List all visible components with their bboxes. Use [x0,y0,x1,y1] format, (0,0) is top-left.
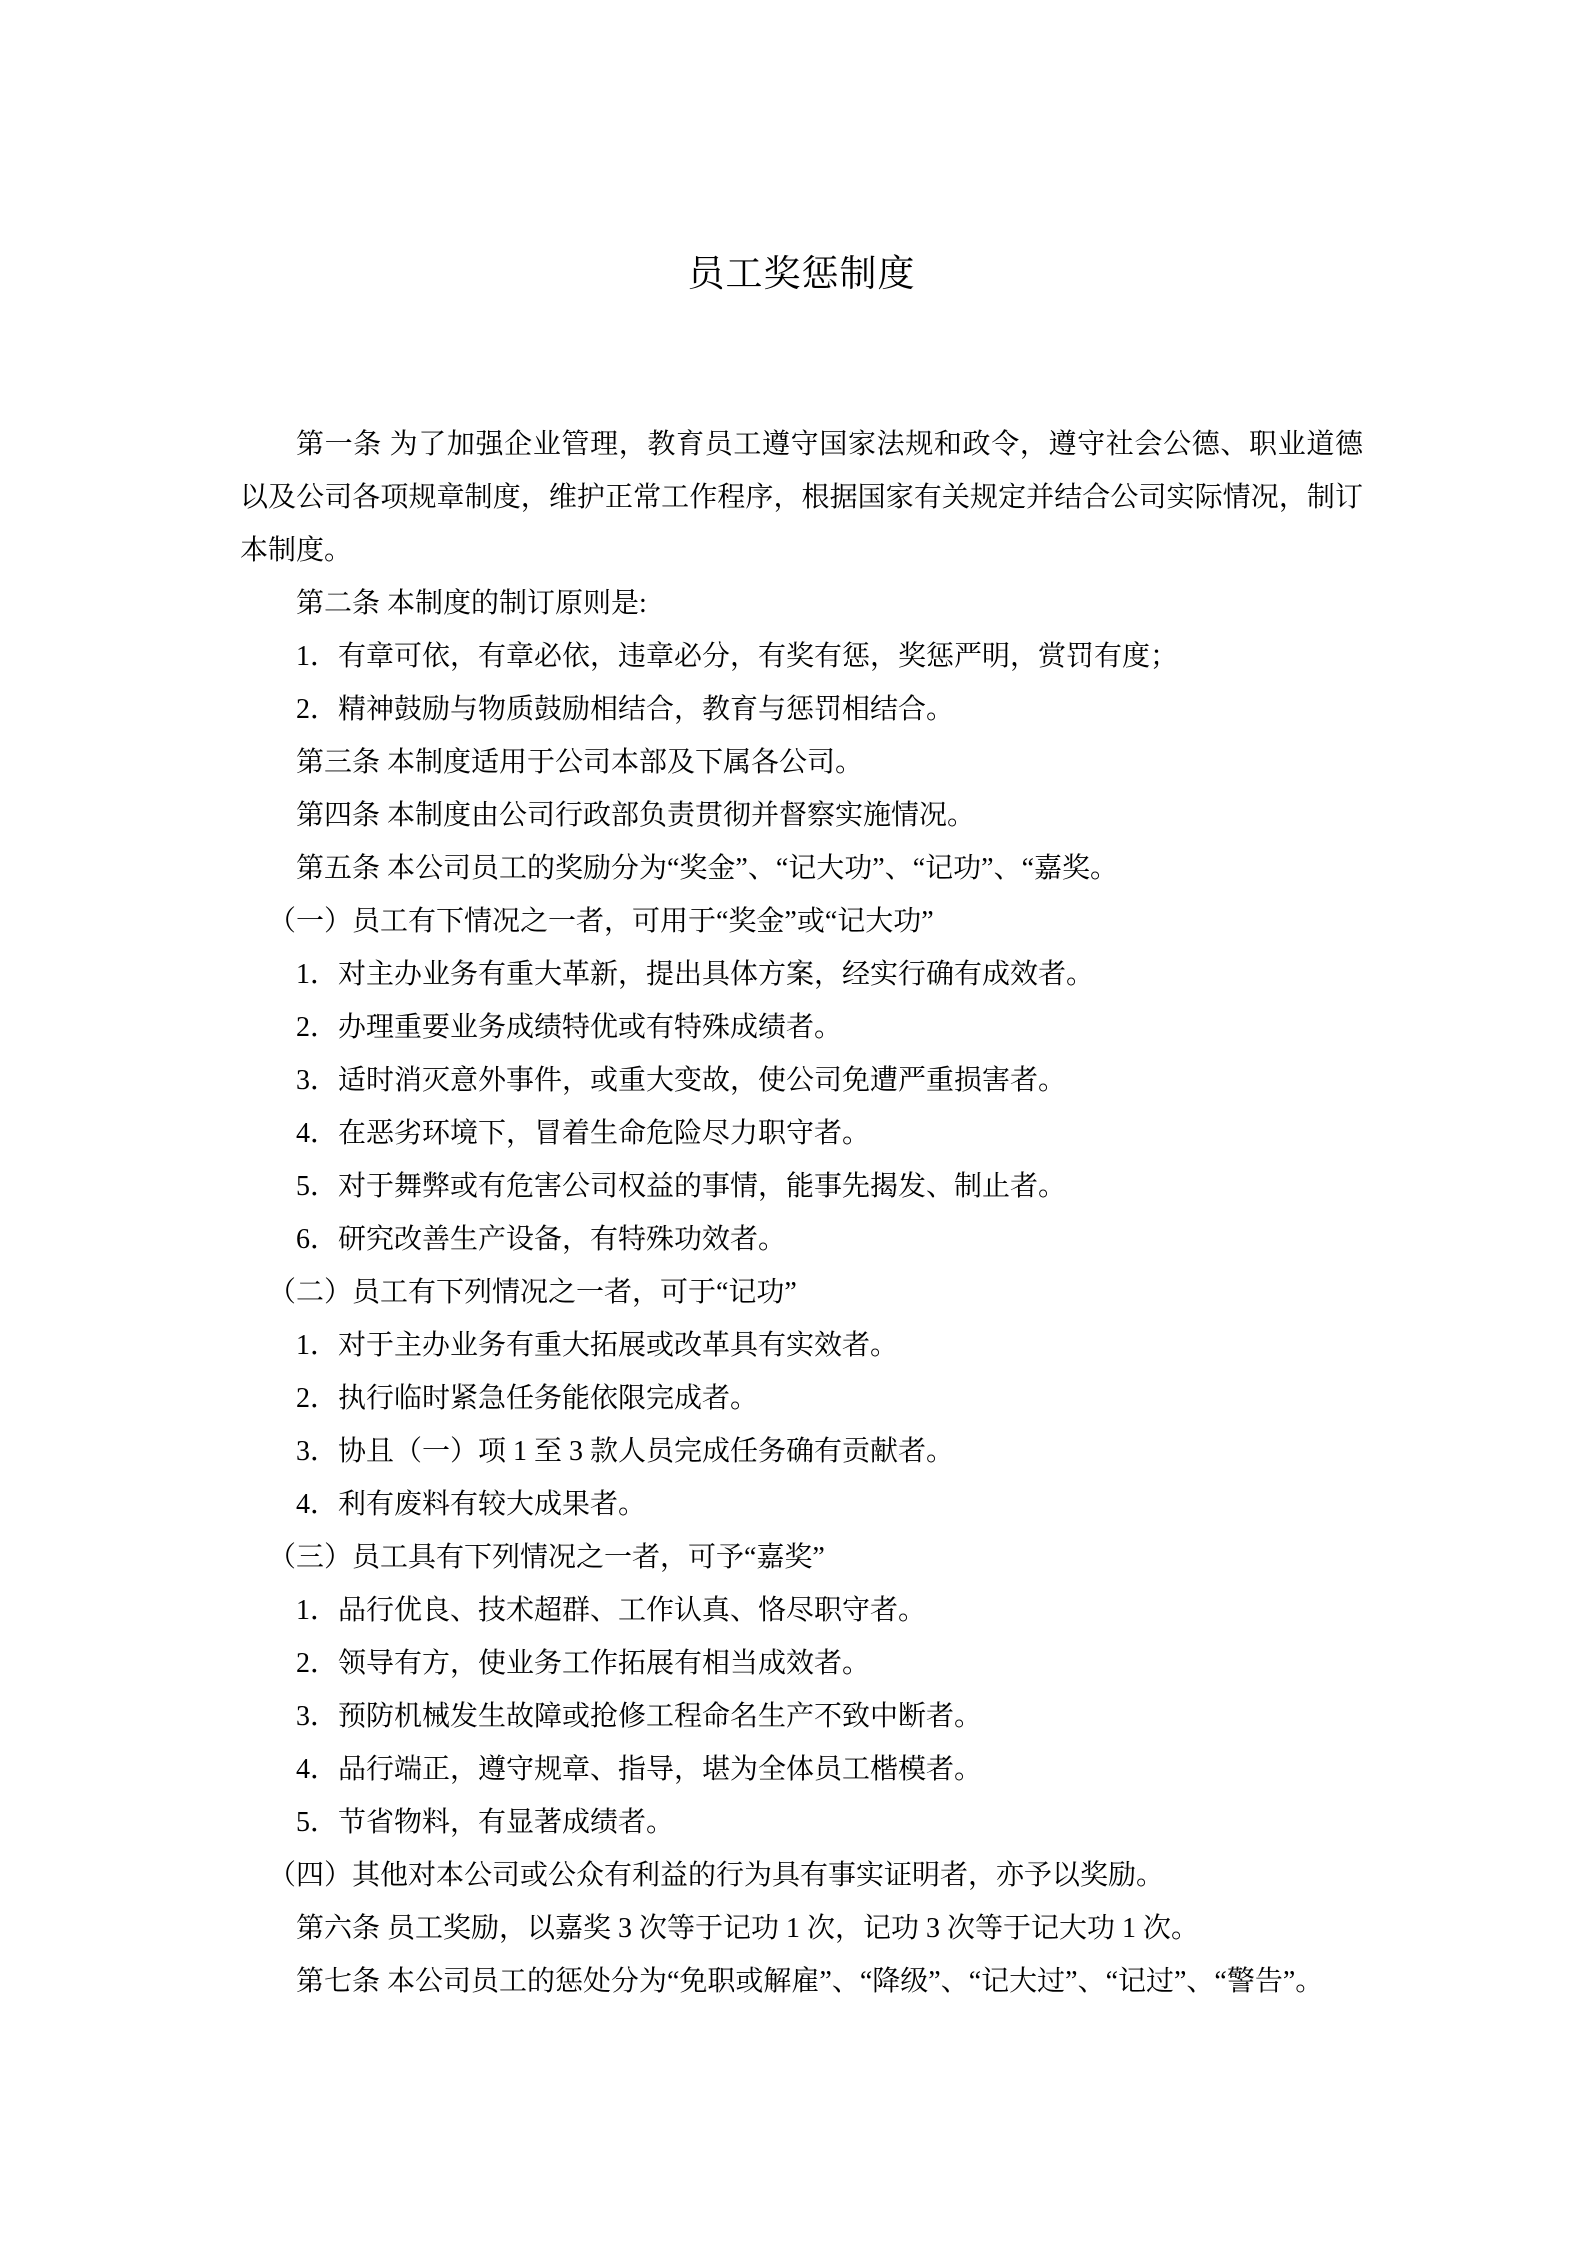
paragraph: 1．对主办业务有重大革新，提出具体方案，经实行确有成效者。 [240,948,1363,1001]
paragraph: （三）员工具有下列情况之一者，可予“嘉奖” [240,1531,1363,1584]
paragraph: 3．适时消灭意外事件，或重大变故，使公司免遭严重损害者。 [240,1054,1363,1107]
paragraph: 第七条 本公司员工的惩处分为“免职或解雇”、“降级”、“记大过”、“记过”、“警… [240,1955,1363,2008]
paragraph: 第二条 本制度的制订原则是: [240,577,1363,630]
paragraph: 2．执行临时紧急任务能依限完成者。 [240,1372,1363,1425]
document-page: 员工奖惩制度 第一条 为了加强企业管理，教育员工遵守国家法规和政令，遵守社会公德… [0,0,1587,2245]
paragraph: （一）员工有下情况之一者，可用于“奖金”或“记大功” [240,895,1363,948]
paragraph: 5．对于舞弊或有危害公司权益的事情，能事先揭发、制止者。 [240,1160,1363,1213]
paragraph: 第六条 员工奖励，以嘉奖 3 次等于记功 1 次，记功 3 次等于记大功 1 次… [240,1902,1363,1955]
paragraph: 第四条 本制度由公司行政部负责贯彻并督察实施情况。 [240,789,1363,842]
paragraph: 2．办理重要业务成绩特优或有特殊成绩者。 [240,1001,1363,1054]
paragraph: 1．有章可依，有章必依，违章必分，有奖有惩，奖惩严明，赏罚有度； [240,630,1363,683]
paragraph: 第五条 本公司员工的奖励分为“奖金”、“记大功”、“记功”、“嘉奖。 [240,842,1363,895]
document-title: 员工奖惩制度 [240,248,1363,301]
paragraph: 3．预防机械发生故障或抢修工程命名生产不致中断者。 [240,1690,1363,1743]
paragraph: 2．领导有方，使业务工作拓展有相当成效者。 [240,1637,1363,1690]
paragraph: 2．精神鼓励与物质鼓励相结合，教育与惩罚相结合。 [240,683,1363,736]
paragraph: 5．节省物料，有显著成绩者。 [240,1796,1363,1849]
paragraph: 4．利有废料有较大成果者。 [240,1478,1363,1531]
paragraph: （二）员工有下列情况之一者，可于“记功” [240,1266,1363,1319]
paragraph: 1．品行优良、技术超群、工作认真、恪尽职守者。 [240,1584,1363,1637]
paragraph: 4．在恶劣环境下，冒着生命危险尽力职守者。 [240,1107,1363,1160]
paragraph: 第一条 为了加强企业管理，教育员工遵守国家法规和政令，遵守社会公德、职业道德以及… [240,418,1363,577]
paragraph: 4．品行端正，遵守规章、指导，堪为全体员工楷模者。 [240,1743,1363,1796]
paragraph: 第三条 本制度适用于公司本部及下属各公司。 [240,736,1363,789]
paragraph: 1．对于主办业务有重大拓展或改革具有实效者。 [240,1319,1363,1372]
document-body: 第一条 为了加强企业管理，教育员工遵守国家法规和政令，遵守社会公德、职业道德以及… [240,418,1363,2008]
paragraph: 3．协且（一）项 1 至 3 款人员完成任务确有贡献者。 [240,1425,1363,1478]
paragraph: （四）其他对本公司或公众有利益的行为具有事实证明者，亦予以奖励。 [240,1849,1363,1902]
paragraph: 6．研究改善生产设备，有特殊功效者。 [240,1213,1363,1266]
